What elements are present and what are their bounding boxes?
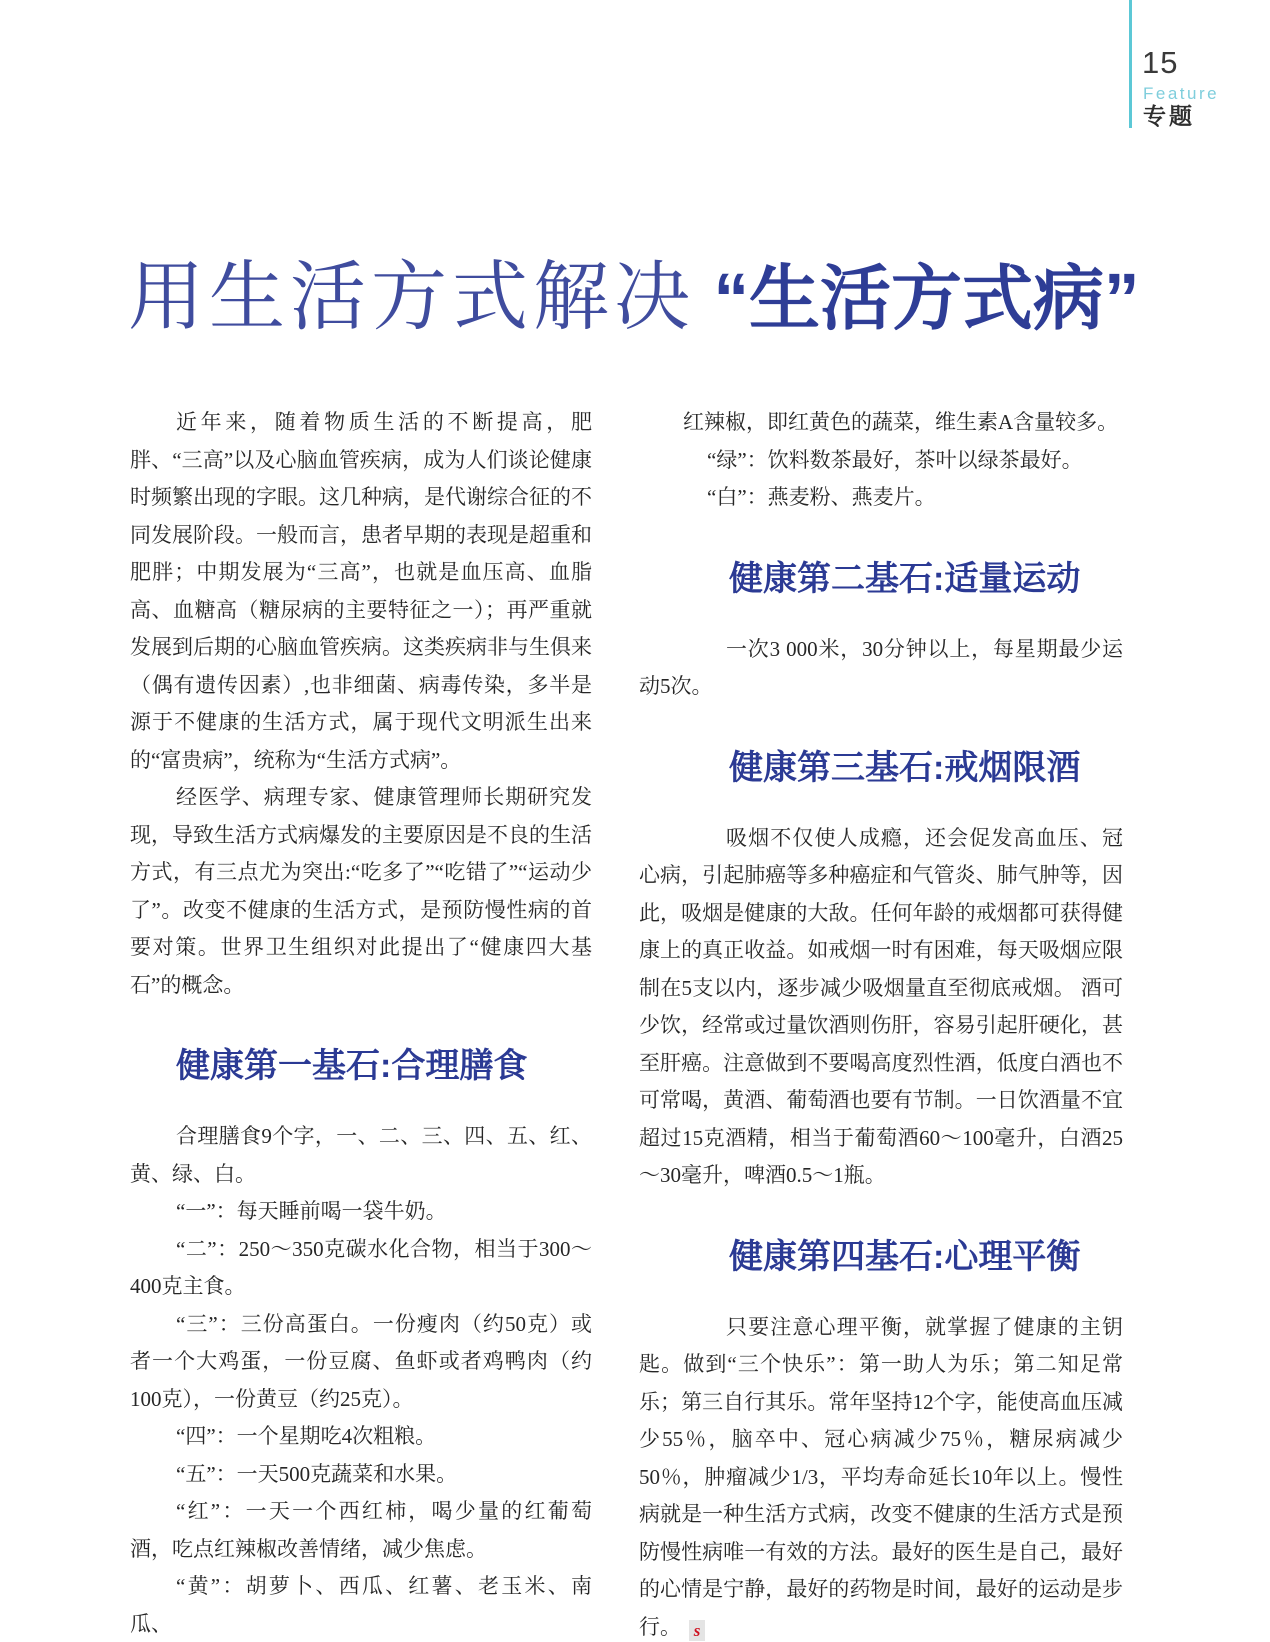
- article-title-normal: 用生活方式解决: [128, 255, 695, 340]
- section-heading-smoking: 健康第三基石:戒烟限酒: [639, 748, 1123, 788]
- list-item: “五”：一天500克蔬菜和水果。: [130, 1456, 592, 1494]
- section-heading-exercise: 健康第二基石:适量运动: [639, 559, 1123, 599]
- feature-label: Feature: [1143, 84, 1219, 103]
- list-item: “绿”：饮料数茶最好，茶叶以绿茶最好。: [639, 442, 1123, 480]
- list-item: “四”：一个星期吃4次粗粮。: [130, 1418, 592, 1456]
- list-item: 合理膳食9个字，一、二、三、四、五、红、黄、绿、白。: [130, 1118, 592, 1193]
- list-item: “红”：一天一个西红柿，喝少量的红葡萄酒，吃点红辣椒改善情绪，减少焦虑。: [130, 1493, 592, 1568]
- intro-paragraph: 近年来，随着物质生活的不断提高，肥胖、“三高”以及心脑血管疾病，成为人们谈论健康…: [130, 404, 592, 779]
- left-column: 近年来，随着物质生活的不断提高，肥胖、“三高”以及心脑血管疾病，成为人们谈论健康…: [130, 404, 592, 1642]
- accent-vertical-rule: [1129, 0, 1132, 128]
- list-item: “二”：250～350克碳水化合物，相当于300～400克主食。: [130, 1231, 592, 1306]
- right-column: 红辣椒，即红黄色的蔬菜，维生素A含量较多。 “绿”：饮料数茶最好，茶叶以绿茶最好…: [639, 404, 1123, 1642]
- list-item: “白”：燕麦粉、燕麦片。: [639, 479, 1123, 517]
- article-title-highlight: “生活方式病”: [713, 260, 1139, 339]
- list-item: “黄”：胡萝卜、西瓜、红薯、老玉米、南瓜、: [130, 1568, 592, 1642]
- article-title: 用生活方式解决 “生活方式病”: [128, 250, 1139, 367]
- section-paragraph-text: 只要注意心理平衡，就掌握了健康的主钥匙。做到“三个快乐”：第一助人为乐；第二知足…: [639, 1315, 1123, 1639]
- end-of-article-icon: s: [689, 1620, 705, 1641]
- section-paragraph: 吸烟不仅使人成瘾，还会促发高血压、冠心病，引起肺癌等多种癌症和气管炎、肺气肿等，…: [639, 820, 1123, 1195]
- section-paragraph: 一次3 000米，30分钟以上，每星期最少运动5次。: [639, 631, 1123, 706]
- intro-paragraph: 经医学、病理专家、健康管理师长期研究发现，导致生活方式病爆发的主要原因是不良的生…: [130, 779, 592, 1004]
- section-label: 专题: [1143, 102, 1195, 130]
- section-paragraph: 只要注意心理平衡，就掌握了健康的主钥匙。做到“三个快乐”：第一助人为乐；第二知足…: [639, 1309, 1123, 1642]
- list-item: “三”：三份高蛋白。一份瘦肉（约50克）或者一个大鸡蛋，一份豆腐、鱼虾或者鸡鸭肉…: [130, 1306, 592, 1419]
- list-item: “一”：每天睡前喝一袋牛奶。: [130, 1193, 592, 1231]
- section-heading-mental: 健康第四基石:心理平衡: [639, 1237, 1123, 1277]
- continuation-line: 红辣椒，即红黄色的蔬菜，维生素A含量较多。: [639, 404, 1123, 442]
- section-heading-diet: 健康第一基石:合理膳食: [130, 1046, 592, 1086]
- page-number: 15: [1142, 46, 1178, 80]
- magazine-page: 15 Feature 专题 用生活方式解决 “生活方式病” 近年来，随着物质生活…: [0, 0, 1270, 1642]
